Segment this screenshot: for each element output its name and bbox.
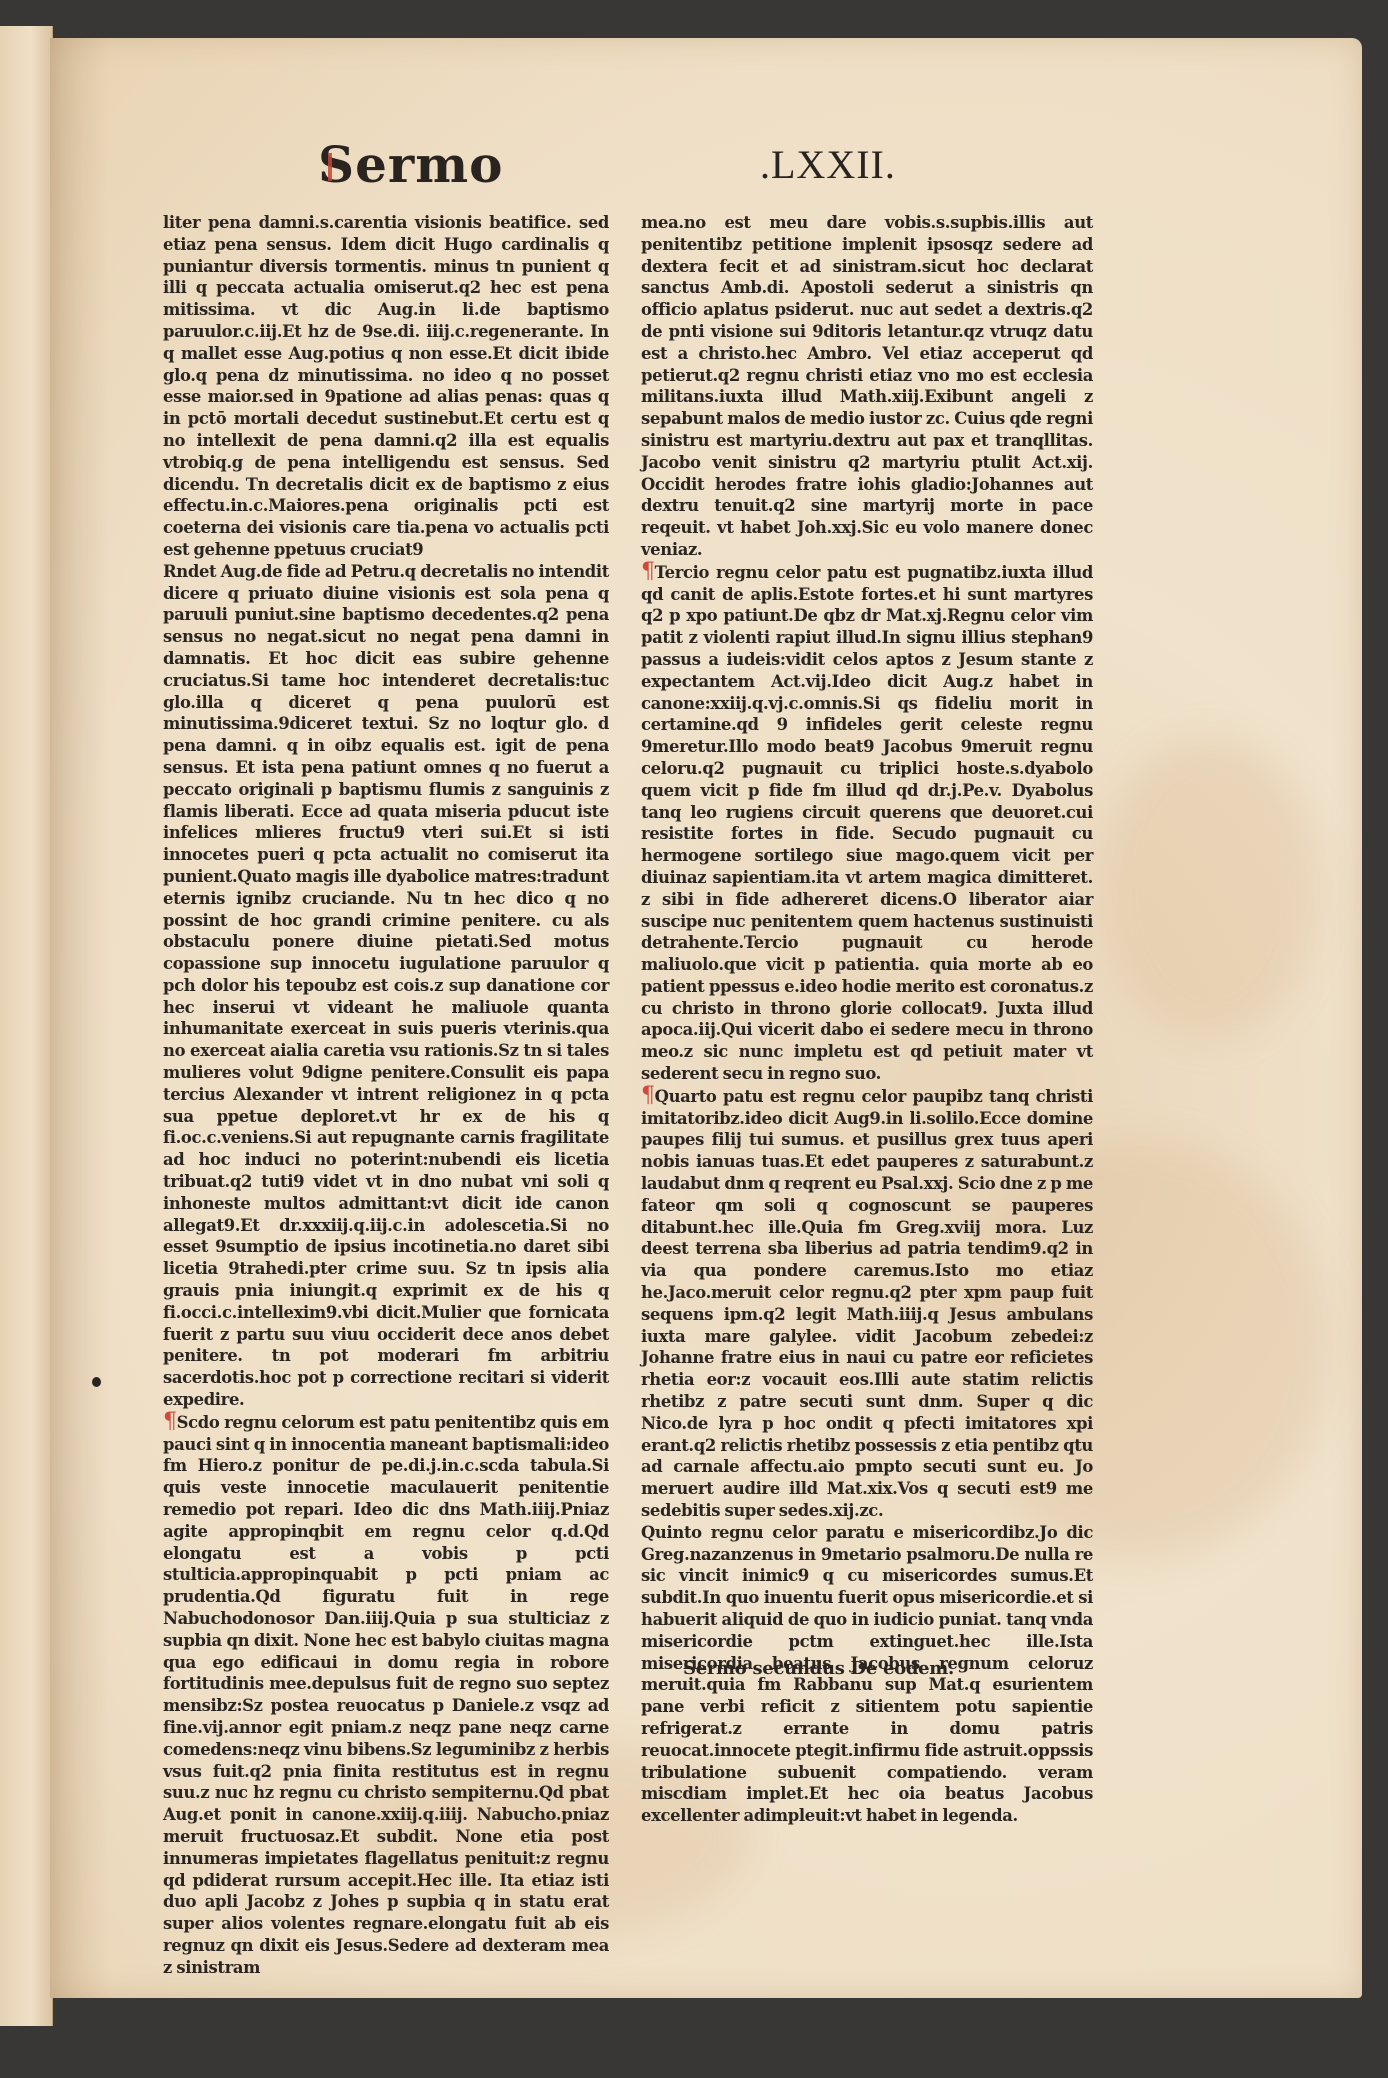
- paragraph-mark-icon: ¶: [641, 1083, 655, 1108]
- text-column-right: mea.no est meu dare vobis.s.supbis.illis…: [641, 212, 1093, 1827]
- ink-blot: [92, 1377, 101, 1387]
- running-head-left: Sermo: [318, 135, 504, 194]
- text-column-left: liter pena damni.s.carentia visionis bea…: [163, 212, 609, 1979]
- paragraph: ¶Scdo regnu celorum est patu penitentibz…: [163, 1411, 609, 1979]
- paragraph: ¶Tercio regnu celor patu est pugnatibz.i…: [641, 561, 1093, 1085]
- paragraph: liter pena damni.s.carentia visionis bea…: [163, 212, 609, 561]
- paragraph-text: Quarto patu est regnu celor paupibz tanq…: [641, 1087, 1093, 1520]
- paragraph: Rndet Aug.de fide ad Petru.q decretalis …: [163, 561, 609, 1411]
- running-head: Sermo .LXXII.: [0, 135, 1388, 205]
- rubrication-mark: [328, 153, 332, 181]
- paragraph: mea.no est meu dare vobis.s.supbis.illis…: [641, 212, 1093, 561]
- folio-number: .LXXII.: [760, 141, 896, 188]
- facing-page-edge: [0, 26, 53, 2026]
- paragraph-text: Tercio regnu celor patu est pugnatibz.iu…: [641, 563, 1093, 1083]
- paragraph: ¶Quarto patu est regnu celor paupibz tan…: [641, 1085, 1093, 1522]
- paragraph-mark-icon: ¶: [641, 559, 655, 584]
- foxing-stain: [1100, 738, 1320, 1038]
- paragraph-mark-icon: ¶: [163, 1409, 177, 1434]
- paragraph-text: Scdo regnu celorum est patu penitentibz …: [163, 1413, 609, 1977]
- running-head-title: Sermo: [318, 135, 504, 194]
- section-title: Sermo secundus De eodem.: [683, 1658, 954, 1679]
